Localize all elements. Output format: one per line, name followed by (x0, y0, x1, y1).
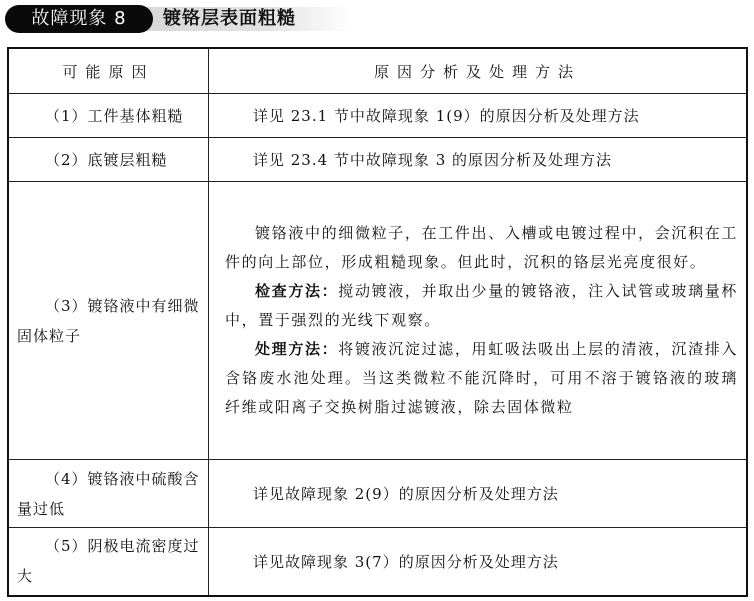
cause-text: （2）底镀层粗糙 (17, 145, 202, 175)
cause-cell: （1）工件基体粗糙 (8, 94, 209, 138)
analysis-cell: 详见故障现象 3(7）的原因分析及处理方法 (209, 528, 748, 596)
cause-cell: （5）阴极电流密度过大 (8, 528, 209, 596)
analysis-cell: 详见故障现象 2(9）的原因分析及处理方法 (209, 460, 748, 528)
cause-text: （4）镀铬液中硫酸含量过低 (17, 464, 202, 524)
cause-cell: （4）镀铬液中硫酸含量过低 (8, 460, 209, 528)
table-row: （2）底镀层粗糙 详见 23.4 节中故障现象 3 的原因分析及处理方法 (8, 138, 747, 182)
fault-title: 镀铬层表面粗糙 (145, 7, 345, 31)
paragraph-label: 处理方法： (255, 340, 338, 358)
column-header-cause: 可能原因 (8, 48, 209, 94)
section-heading: 故障现象 8 镀铬层表面粗糙 (5, 5, 345, 33)
paragraph-label: 检查方法： (255, 282, 338, 300)
table-row: （3）镀铬液中有细微固体粒子 镀铬液中的细微粒子，在工件出、入槽或电镀过程中，会… (8, 182, 747, 460)
cause-cell: （3）镀铬液中有细微固体粒子 (8, 182, 209, 460)
table-row: （1）工件基体粗糙 详见 23.1 节中故障现象 1(9）的原因分析及处理方法 (8, 94, 747, 138)
fault-label-badge: 故障现象 8 (5, 5, 153, 33)
analysis-paragraph-inspection: 检查方法：搅动镀液，并取出少量的镀铬液，注入试管或玻璃量杯中，置于强烈的光线下观… (225, 277, 738, 335)
analysis-cell: 详见 23.4 节中故障现象 3 的原因分析及处理方法 (209, 138, 748, 182)
table-row: （4）镀铬液中硫酸含量过低 详见故障现象 2(9）的原因分析及处理方法 (8, 460, 747, 528)
analysis-paragraph-treatment: 处理方法：将镀液沉淀过滤，用虹吸法吸出上层的清液，沉渣排入含铬废水池处理。当这类… (225, 335, 738, 422)
cause-text: （3）镀铬液中有细微固体粒子 (17, 291, 202, 351)
analysis-paragraph-description: 镀铬液中的细微粒子，在工件出、入槽或电镀过程中，会沉积在工件的向上部位，形成粗糙… (225, 219, 738, 277)
cause-text: （5）阴极电流密度过大 (17, 531, 202, 591)
cause-text: （1）工件基体粗糙 (17, 101, 202, 131)
cause-cell: （2）底镀层粗糙 (8, 138, 209, 182)
table-header-row: 可能原因 原因分析及处理方法 (8, 48, 747, 94)
fault-analysis-table: 可能原因 原因分析及处理方法 （1）工件基体粗糙 详见 23.1 节中故障现象 … (7, 47, 748, 597)
column-header-analysis: 原因分析及处理方法 (209, 48, 748, 94)
paragraph-text: 镀铬液中的细微粒子，在工件出、入槽或电镀过程中，会沉积在工件的向上部位，形成粗糙… (225, 224, 738, 271)
analysis-cell: 镀铬液中的细微粒子，在工件出、入槽或电镀过程中，会沉积在工件的向上部位，形成粗糙… (209, 182, 748, 460)
table-row: （5）阴极电流密度过大 详见故障现象 3(7）的原因分析及处理方法 (8, 528, 747, 596)
analysis-cell: 详见 23.1 节中故障现象 1(9）的原因分析及处理方法 (209, 94, 748, 138)
